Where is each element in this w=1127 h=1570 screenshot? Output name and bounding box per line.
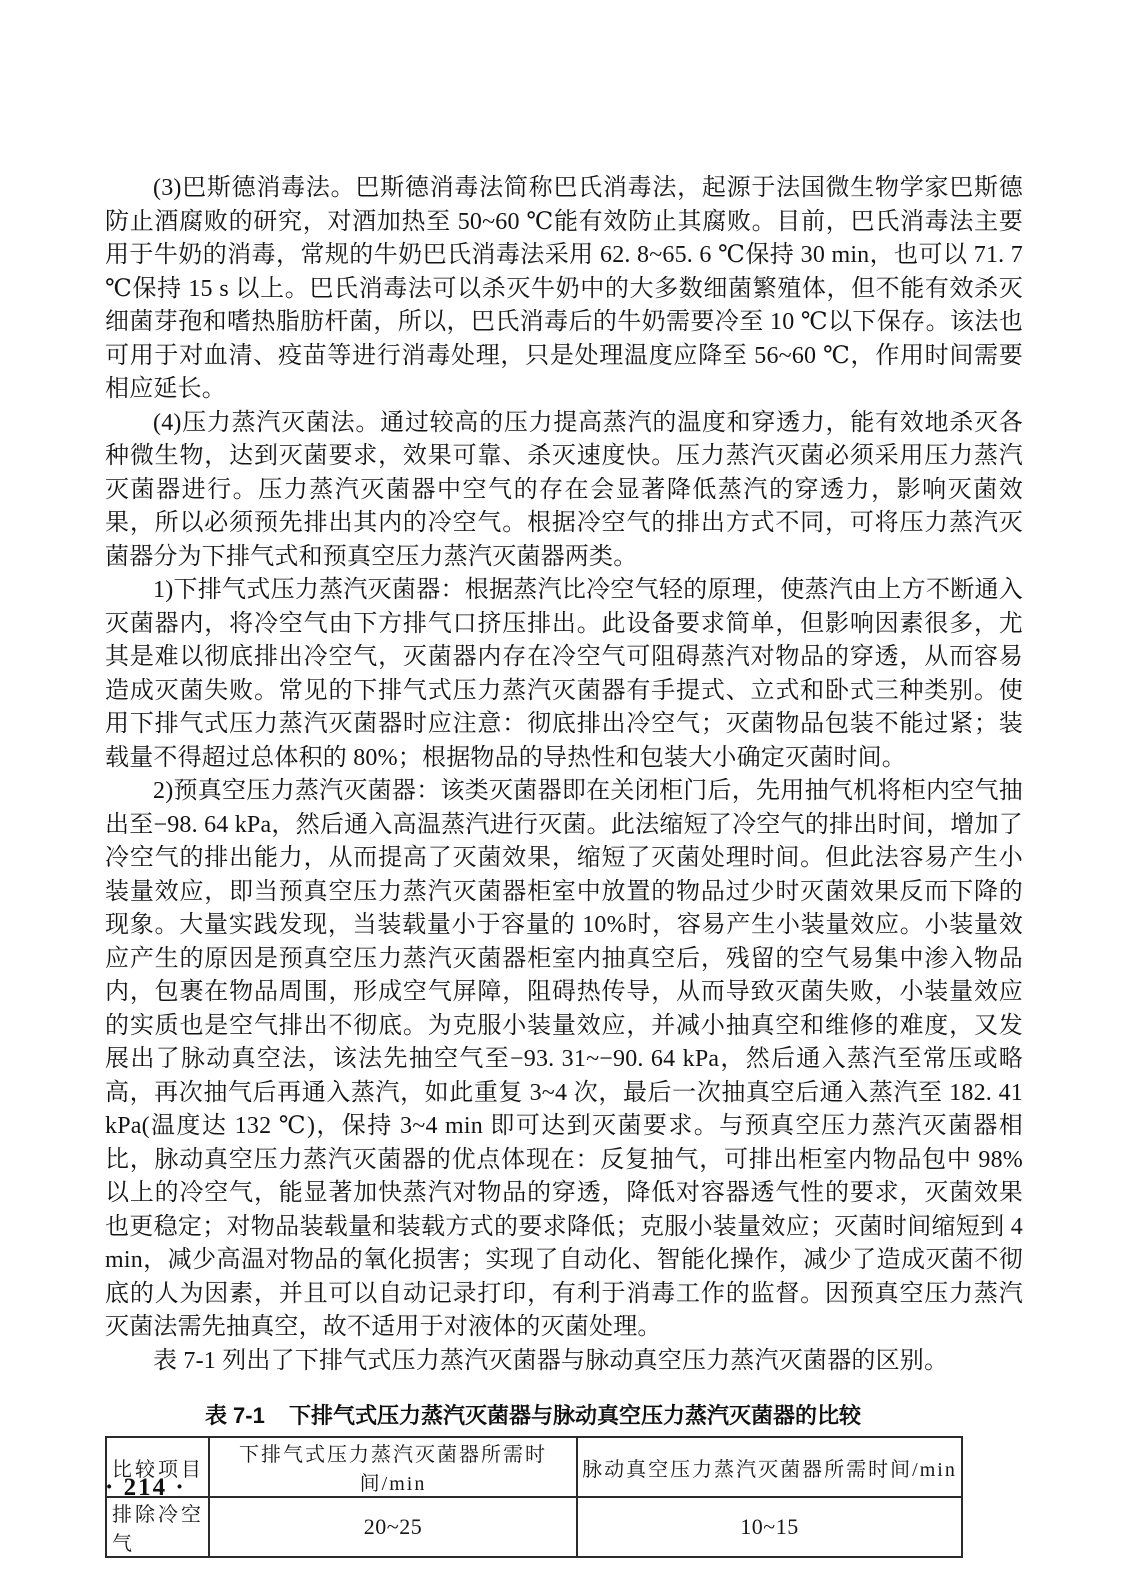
paragraph-table-intro: 表 7-1 列出了下排气式压力蒸汽灭菌器与脉动真空压力蒸汽灭菌器的区别。 xyxy=(105,1345,1023,1379)
book-page: (3)巴斯德消毒法。巴斯德消毒法简称巴氏消毒法，起源于法国微生物学家巴斯德防止酒… xyxy=(0,0,1127,1570)
paragraph-pressure-steam-method: (4)压力蒸汽灭菌法。通过较高的压力提高蒸汽的温度和穿透力，能有效地杀灭各种微生… xyxy=(105,407,1023,575)
comparison-table: 比较项目 下排气式压力蒸汽灭菌器所需时间/min 脉动真空压力蒸汽灭菌器所需时间… xyxy=(105,1436,963,1558)
table-header-row: 比较项目 下排气式压力蒸汽灭菌器所需时间/min 脉动真空压力蒸汽灭菌器所需时间… xyxy=(106,1437,962,1497)
body-text: (3)巴斯德消毒法。巴斯德消毒法简称巴氏消毒法，起源于法国微生物学家巴斯德防止酒… xyxy=(105,172,1023,1378)
text-block: (3)巴斯德消毒法。巴斯德消毒法简称巴氏消毒法，起源于法国微生物学家巴斯德防止酒… xyxy=(105,172,1023,1558)
cell-downward-exhaust-value: 20~25 xyxy=(209,1497,577,1557)
header-pulse-vacuum-time: 脉动真空压力蒸汽灭菌器所需时间/min xyxy=(577,1437,962,1497)
table-caption-title: 下排气式压力蒸汽灭菌器与脉动真空压力蒸汽灭菌器的比较 xyxy=(289,1403,861,1428)
table-caption-label: 表 7-1 xyxy=(205,1403,265,1428)
table-row-remove-cold-air: 排除冷空气 20~25 10~15 xyxy=(106,1497,962,1557)
paragraph-downward-exhaust-sterilizer: 1)下排气式压力蒸汽灭菌器：根据蒸汽比冷空气轻的原理，使蒸汽由上方不断通入灭菌器… xyxy=(105,574,1023,775)
paragraph-prevacuum-sterilizer: 2)预真空压力蒸汽灭菌器：该类灭菌器即在关闭柜门后，先用抽气机将柜内空气抽出至−… xyxy=(105,775,1023,1345)
page-number: · 214 · xyxy=(105,1474,186,1502)
paragraph-pasteurization: (3)巴斯德消毒法。巴斯德消毒法简称巴氏消毒法，起源于法国微生物学家巴斯德防止酒… xyxy=(105,172,1023,407)
cell-pulse-vacuum-value: 10~15 xyxy=(577,1497,962,1557)
cell-item-name: 排除冷空气 xyxy=(106,1497,209,1557)
table-caption: 表 7-1下排气式压力蒸汽灭菌器与脉动真空压力蒸汽灭菌器的比较 xyxy=(105,1404,961,1428)
header-downward-exhaust-time: 下排气式压力蒸汽灭菌器所需时间/min xyxy=(209,1437,577,1497)
